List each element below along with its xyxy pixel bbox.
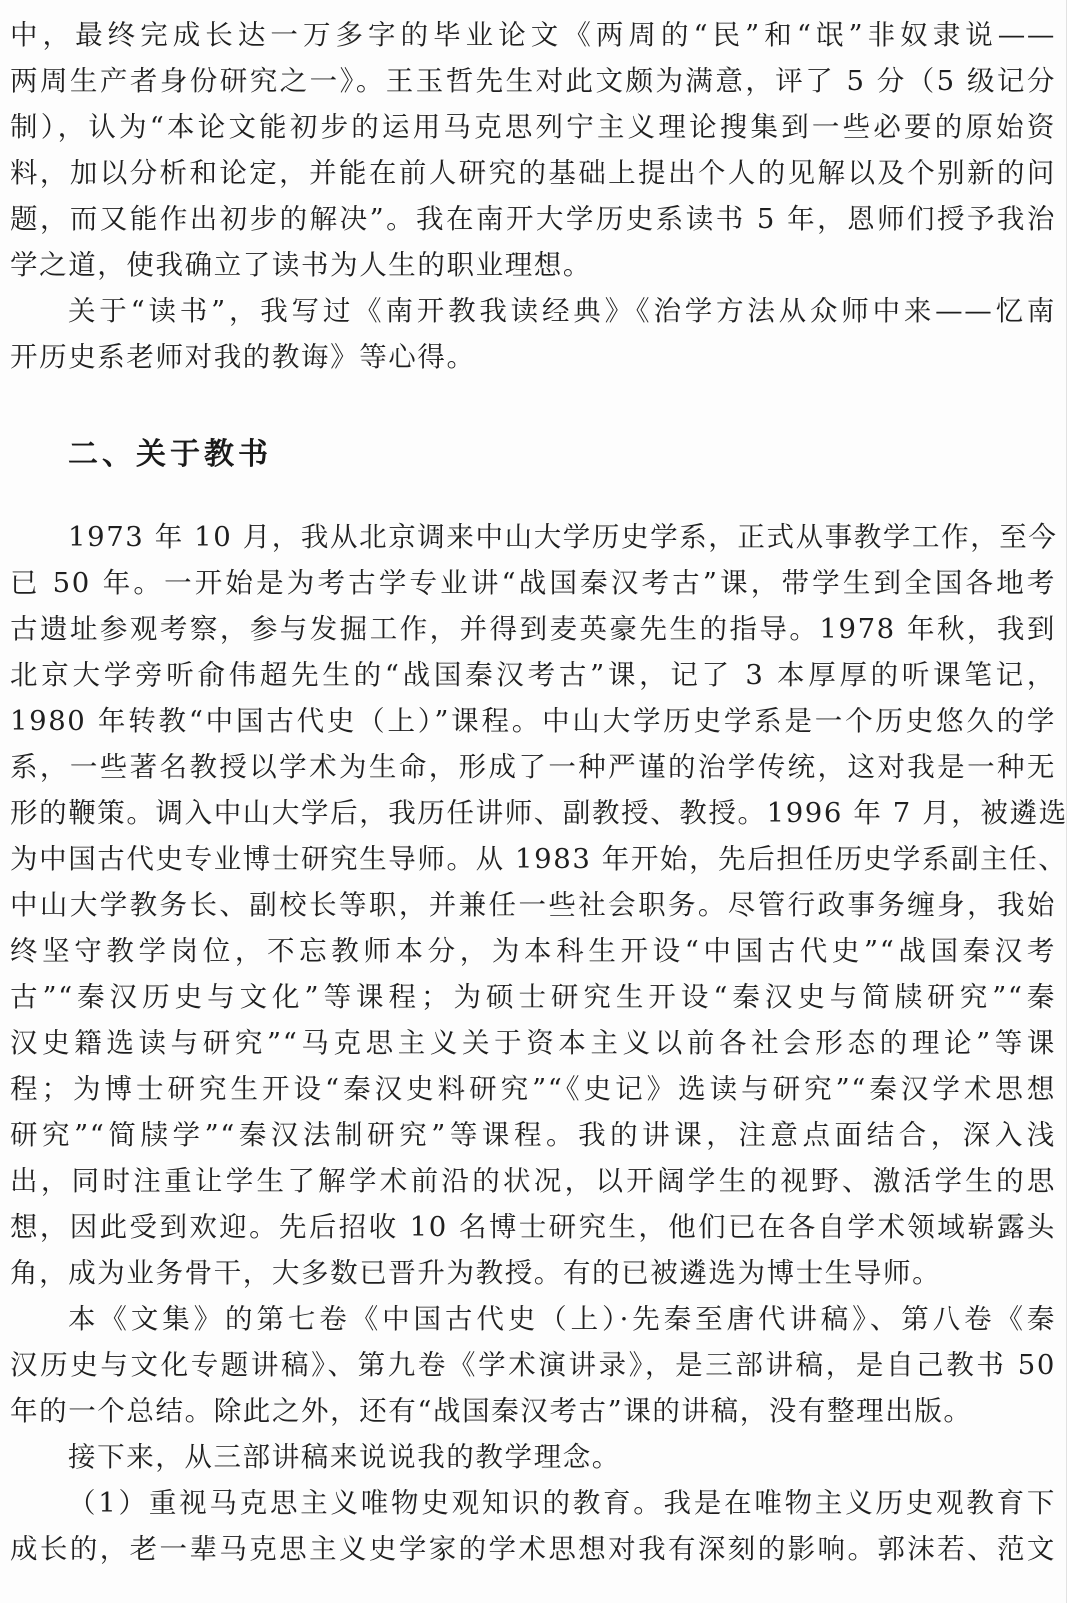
text-line: 北京大学旁听俞伟超先生的“战国秦汉考古”课，记了 3 本厚厚的听课笔记，: [10, 652, 1056, 698]
text-line: 题，而又能作出初步的解决”。我在南开大学历史系读书 5 年，恩师们授予我治: [10, 196, 1056, 242]
text-line: 已 50 年。一开始是为考古学专业讲“战国秦汉考古”课，带学生到全国各地考: [10, 560, 1056, 606]
text-line: 终坚守教学岗位，不忘教师本分，为本科生开设“中国古代史”“战国秦汉考: [10, 928, 1056, 974]
text-line: 程；为博士研究生开设“秦汉史料研究”“《史记》选读与研究”“秦汉学术思想: [10, 1066, 1056, 1112]
text-line: 两周生产者身份研究之一》。王玉哲先生对此文颇为满意，评了 5 分（5 级记分: [10, 58, 1056, 104]
text-line: 开历史系老师对我的教诲》等心得。: [10, 334, 1056, 380]
text-line: 想，因此受到欢迎。先后招收 10 名博士研究生，他们已在各自学术领域崭露头: [10, 1204, 1056, 1250]
paragraph-start-line: 本《文集》的第七卷《中国古代史（上）·先秦至唐代讲稿》、第八卷《秦: [68, 1296, 1056, 1342]
text-line: 中，最终完成长达一万多字的毕业论文《两周的“民”和“氓”非奴隶说——: [10, 12, 1056, 58]
paragraph-start-line: 关于“读书”，我写过《南开教我读经典》《治学方法从众师中来——忆南: [68, 288, 1056, 334]
section-heading: 二、关于教书: [68, 432, 272, 478]
text-line: 古遗址参观考察，参与发掘工作，并得到麦英豪先生的指导。1978 年秋，我到: [10, 606, 1056, 652]
text-line: 制），认为“本论文能初步的运用马克思列宁主义理论搜集到一些必要的原始资: [10, 104, 1056, 150]
text-line: 成长的，老一辈马克思主义史学家的学术思想对我有深刻的影响。郭沫若、范文: [10, 1526, 1056, 1572]
text-line: 为中国古代史专业博士研究生导师。从 1983 年开始，先后担任历史学系副主任、: [10, 836, 1056, 882]
paragraph-start-line: 接下来，从三部讲稿来说说我的教学理念。: [68, 1434, 1056, 1480]
text-line: 研究”“简牍学”“秦汉法制研究”等课程。我的讲课，注意点面结合，深入浅: [10, 1112, 1056, 1158]
text-line: 料，加以分析和论定，并能在前人研究的基础上提出个人的见解以及个别新的问: [10, 150, 1056, 196]
document-page: 中，最终完成长达一万多字的毕业论文《两周的“民”和“氓”非奴隶说—— 两周生产者…: [0, 0, 1067, 1603]
text-line: 年的一个总结。除此之外，还有“战国秦汉考古”课的讲稿，没有整理出版。: [10, 1388, 1056, 1434]
text-line: 汉历史与文化专题讲稿》、第九卷《学术演讲录》，是三部讲稿，是自己教书 50: [10, 1342, 1056, 1388]
text-line: 出，同时注重让学生了解学术前沿的状况，以开阔学生的视野、激活学生的思: [10, 1158, 1056, 1204]
text-line: 古”“秦汉历史与文化”等课程；为硕士研究生开设“秦汉史与简牍研究”“秦: [10, 974, 1056, 1020]
text-line: 1980 年转教“中国古代史（上）”课程。中山大学历史学系是一个历史悠久的学: [10, 698, 1056, 744]
text-line: 学之道，使我确立了读书为人生的职业理想。: [10, 242, 1056, 288]
text-line: 系，一些著名教授以学术为生命，形成了一种严谨的治学传统，这对我是一种无: [10, 744, 1056, 790]
text-line: 中山大学教务长、副校长等职，并兼任一些社会职务。尽管行政事务缠身，我始: [10, 882, 1056, 928]
text-line: 角，成为业务骨干，大多数已晋升为教授。有的已被遴选为博士生导师。: [10, 1250, 1056, 1296]
paragraph-start-line: 1973 年 10 月，我从北京调来中山大学历史学系，正式从事教学工作，至今: [68, 514, 1056, 560]
text-line: 形的鞭策。调入中山大学后，我历任讲师、副教授、教授。1996 年 7 月，被遴选: [10, 790, 1056, 836]
paragraph-start-line: （1）重视马克思主义唯物史观知识的教育。我是在唯物主义历史观教育下: [68, 1480, 1056, 1526]
text-line: 汉史籍选读与研究”“马克思主义关于资本主义以前各社会形态的理论”等课: [10, 1020, 1056, 1066]
